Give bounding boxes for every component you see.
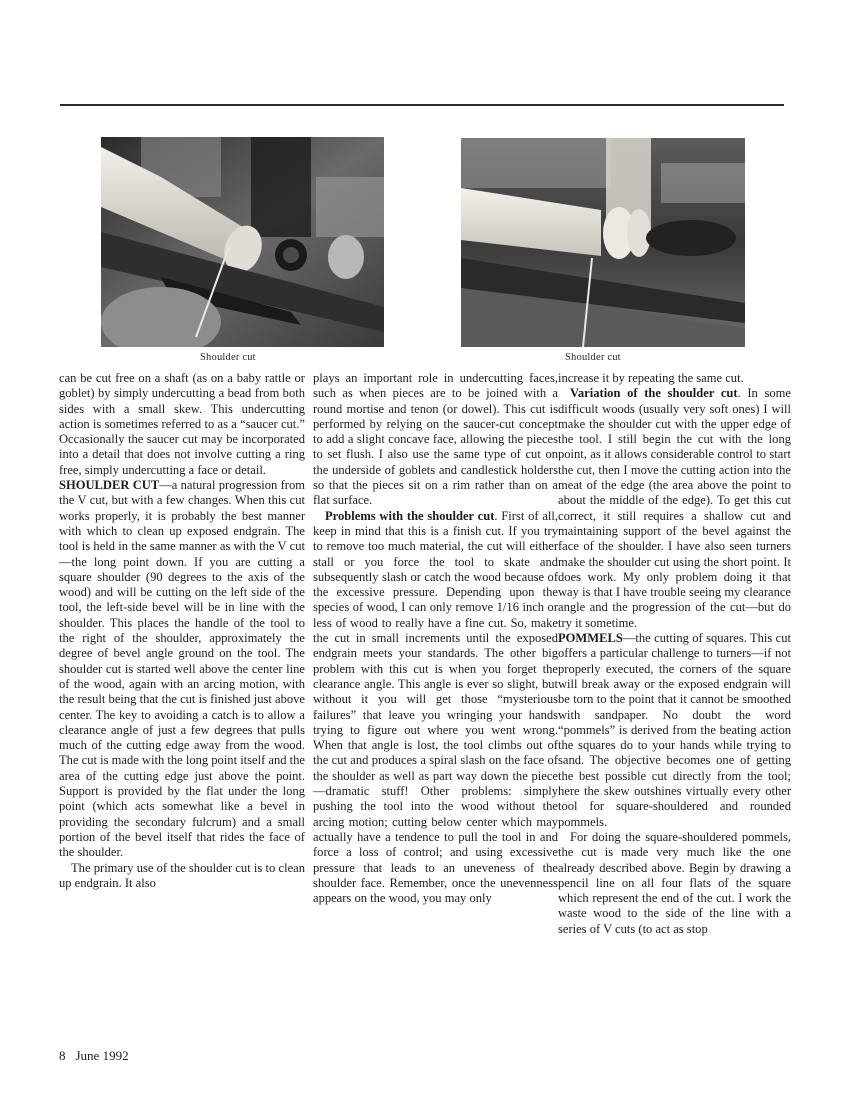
text-column-1: can be cut free on a shaft (as on a baby… [59,371,305,891]
figure-caption-left: Shoulder cut [200,352,256,363]
shoulder-cut-photo-left [101,137,384,347]
section-heading: Problems with the shoulder cut [325,509,494,523]
page-number: 8 [59,1048,66,1063]
figure-caption-right: Shoulder cut [565,352,621,363]
paragraph: Variation of the shoulder cut. In some d… [558,386,791,631]
section-heading: SHOULDER CUT [59,478,159,492]
text-column-2: plays an important role in undercutting … [313,371,558,906]
paragraph: SHOULDER CUT—a natural progression from … [59,478,305,860]
lathe-photo-image [461,138,745,347]
section-heading: POMMELS [558,631,623,645]
paragraph: For doing the square-shouldered pommels,… [558,830,791,937]
header-rule [60,104,784,106]
issue-date: June 1992 [76,1048,129,1063]
paragraph: POMMELS—the cutting of squares. This cut… [558,631,791,830]
page-footer: 8June 1992 [59,1048,139,1064]
paragraph: can be cut free on a shaft (as on a baby… [59,371,305,478]
paragraph: Problems with the shoulder cut. First of… [313,509,558,907]
text-column-3: increase it by repeating the same cut. V… [558,371,791,937]
paragraph: plays an important role in undercutting … [313,371,558,509]
paragraph: The primary use of the shoulder cut is t… [59,861,305,892]
shoulder-cut-photo-right [461,138,745,347]
lathe-photo-image [101,137,384,347]
section-heading: Variation of the shoulder cut [570,386,738,400]
paragraph: increase it by repeating the same cut. [558,371,791,386]
